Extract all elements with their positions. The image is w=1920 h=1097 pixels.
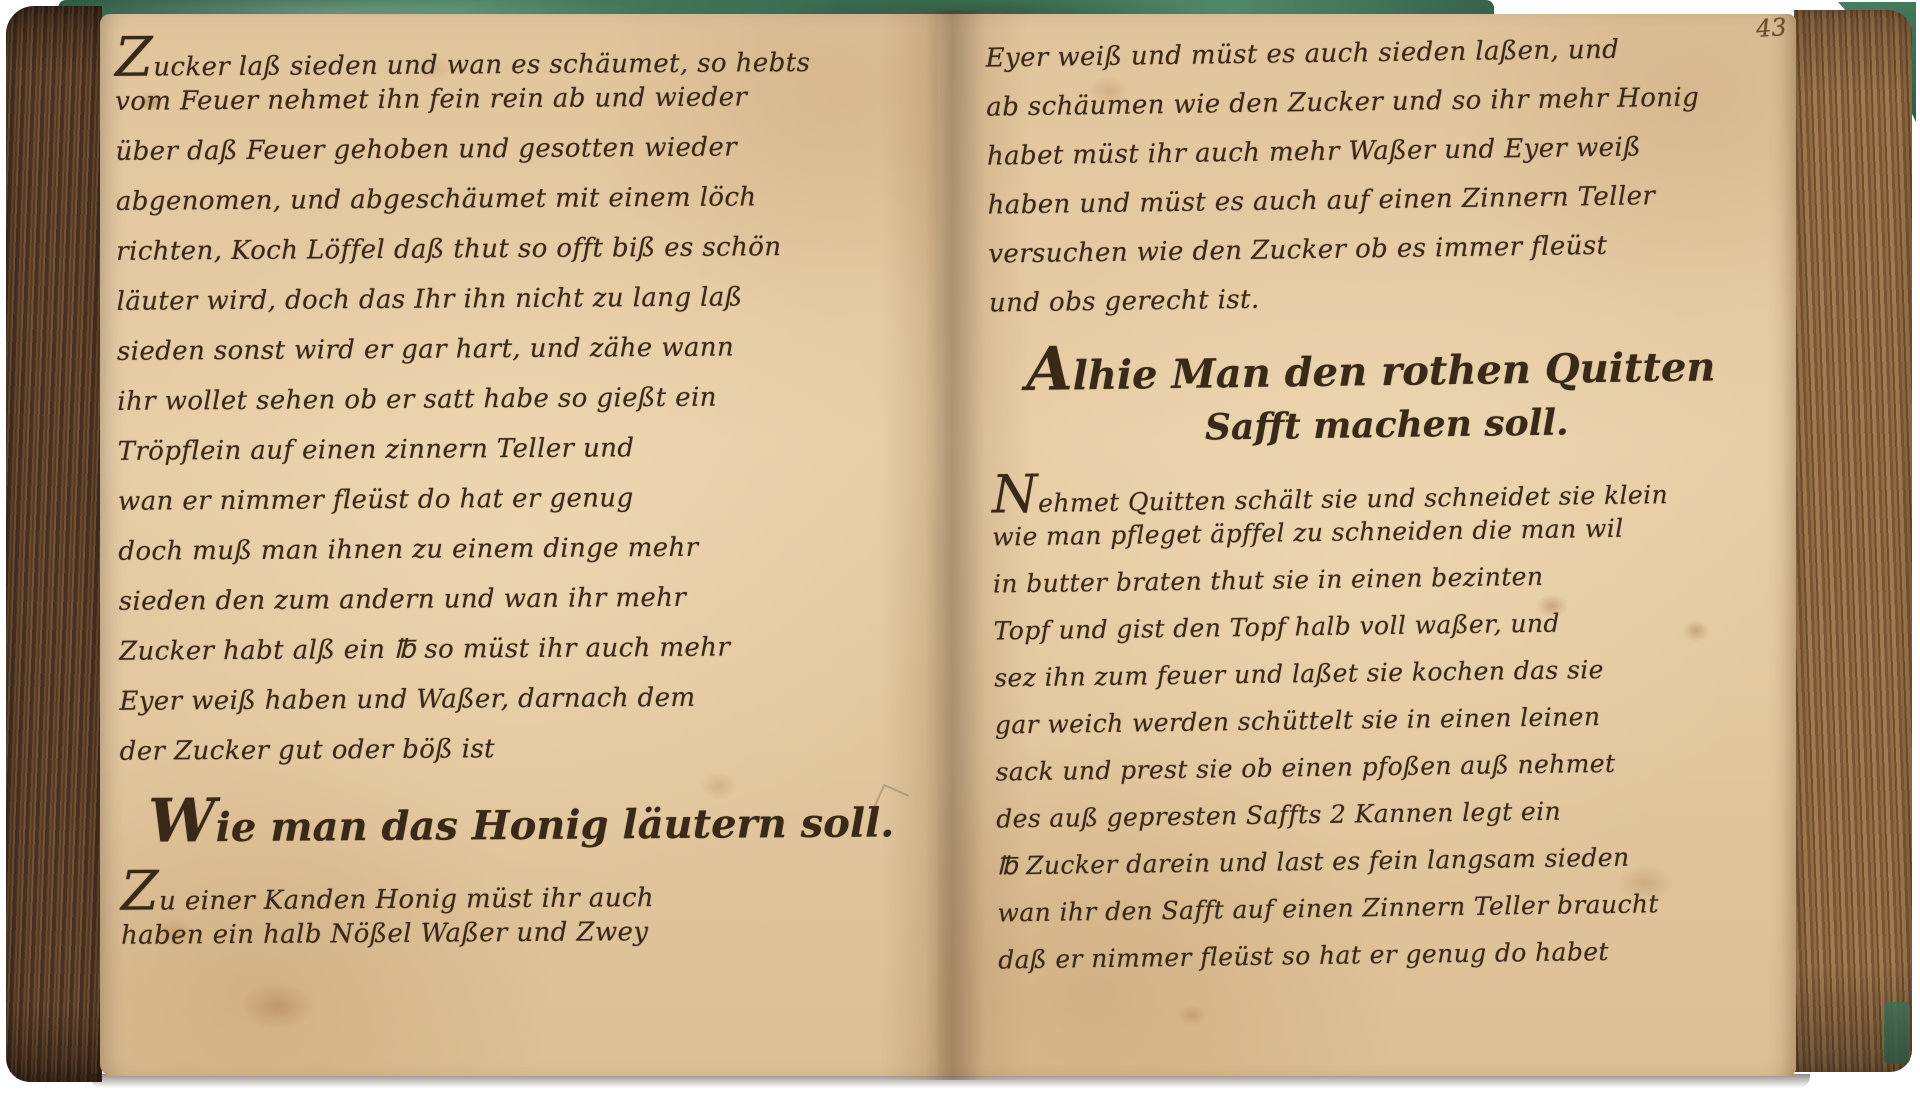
- manuscript-line: der Zucker gut oder böß ist: [120, 731, 926, 787]
- manuscript-line: abgenomen, und abgeschäumet mit einem lö…: [116, 181, 922, 237]
- manuscript-line: wan er nimmer fleüst do hat er genug: [118, 481, 924, 537]
- right-page-text: Eyer weiß und müst es auch sieden laßen,…: [985, 33, 1790, 993]
- manuscript-line: und obs gerecht ist.: [989, 277, 1782, 337]
- manuscript-line: sieden sonst wird er gar hart, und zähe …: [117, 331, 923, 387]
- page-block-fore-edge-right: [1794, 10, 1912, 1072]
- manuscript-line: haben ein halb Nößel Waßer und Zwey: [121, 915, 927, 971]
- manuscript-line: ihr wollet sehen ob er satt habe so gieß…: [117, 381, 923, 437]
- book-cover-sliver: [1884, 1002, 1910, 1064]
- manuscript-line: Zu einer Kanden Honig müst ihr auch: [121, 865, 927, 921]
- left-page-text: Zucker laß sieden und wan es schäumet, s…: [115, 31, 928, 971]
- left-paragraph-sugar-clarifying: Zucker laß sieden und wan es schäumet, s…: [115, 31, 926, 787]
- book-bottom-shadow: [90, 1074, 1810, 1088]
- right-paragraph-honey-continued: Eyer weiß und müst es auch sieden laßen,…: [985, 33, 1781, 338]
- page-block-edge-left: [6, 6, 102, 1082]
- manuscript-line: doch muß man ihnen zu einem dinge mehr: [118, 531, 924, 587]
- manuscript-line: richten, Koch Löffel daß thut so offt bi…: [116, 231, 922, 287]
- manuscript-line: Zucker habt alß ein ℔ so müst ihr auch m…: [119, 631, 925, 687]
- manuscript-line: über daß Feuer gehoben und gesotten wied…: [115, 131, 921, 187]
- manuscript-line: sieden den zum andern und wan ihr mehr: [119, 581, 925, 637]
- right-paragraph-quince-juice: Nehmet Quitten schält sie und schneidet …: [991, 464, 1790, 992]
- right-recipe-heading-line2: Safft machen soll.: [991, 398, 1784, 475]
- manuscript-line: vom Feuer nehmet ihn fein rein ab und wi…: [115, 81, 921, 137]
- manuscript-line: läuter wird, doch das Ihr ihn nicht zu l…: [116, 281, 922, 337]
- manuscript-line: Eyer weiß haben und Waßer, darnach dem: [119, 681, 925, 737]
- left-recipe-heading: Wie man das Honig läutern soll.: [148, 795, 926, 870]
- right-recipe-heading-line1: Alhie Man den rothen Quitten: [1026, 338, 1783, 409]
- manuscript-photo: 43 Zucker laß sieden und wan es schäumet…: [0, 0, 1920, 1097]
- manuscript-line: Tröpflein auf einen zinnern Teller und: [118, 431, 924, 487]
- left-paragraph-honey-recipe: Zu einer Kanden Honig müst ihr auchhaben…: [121, 865, 928, 971]
- manuscript-line: Zucker laß sieden und wan es schäumet, s…: [115, 31, 921, 87]
